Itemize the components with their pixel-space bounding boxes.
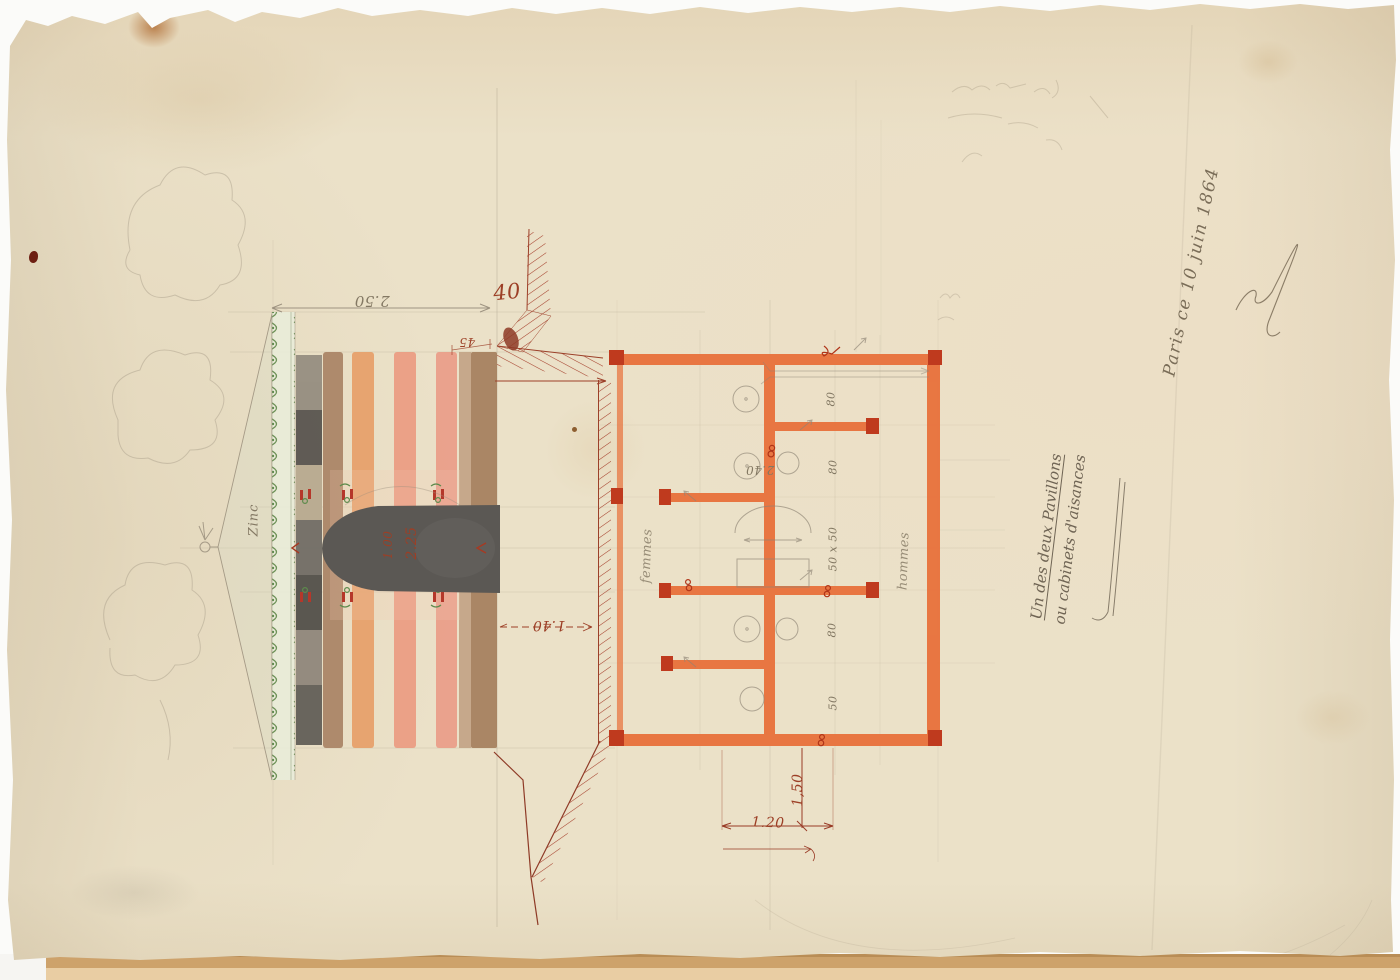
elevation-roof — [199, 314, 272, 780]
dim-plan-width: 1.20 — [751, 814, 785, 831]
dim-wall-offset: 1.40 — [532, 617, 565, 633]
plan-wall-bottom — [617, 734, 939, 746]
dim-facade-width: 2.50 — [354, 292, 389, 310]
facade-checker-chain — [296, 355, 322, 745]
plan-partition-4 — [668, 660, 766, 669]
plan-partition-2 — [666, 493, 765, 502]
roof-material-label: Zinc — [247, 504, 262, 537]
plan-junction-marks — [686, 346, 840, 746]
plan-red-dims — [722, 748, 833, 861]
plan-wall-center — [764, 358, 775, 738]
ground-hatch — [598, 380, 611, 744]
toilet-circle — [740, 687, 764, 711]
plan-wall-left — [617, 356, 623, 742]
dim-stall-80-1: 80 — [825, 392, 838, 407]
dim-stall-80-3: 80 — [826, 623, 839, 638]
plan-wall-right — [927, 354, 940, 746]
dim-cornice: 45 — [459, 335, 475, 349]
dim-door-height: 2.25 — [404, 526, 420, 559]
dim-roof-overhang: 40 — [492, 279, 522, 306]
dim-plan-depth: 1,50 — [790, 773, 806, 806]
mount-board-band — [0, 954, 1400, 980]
toilet-circle — [777, 452, 799, 474]
toilet-circle — [734, 616, 760, 642]
faint-scribbles — [938, 80, 1108, 320]
roof-cresting-band — [272, 312, 295, 780]
cloud-sketch — [104, 167, 246, 760]
plan-wall-top — [617, 354, 939, 365]
plan-walls — [617, 354, 940, 746]
toilet-circle — [733, 386, 759, 412]
dim-door-width: 1.00 — [381, 531, 395, 560]
drawing-sheet: Zinc 2.50 40 45 1.00 2.25 1.40 2.40 80 8… — [0, 0, 1400, 980]
signature-paraph — [1236, 244, 1298, 335]
plan-partition-1 — [775, 422, 871, 431]
note-flourish — [1092, 478, 1125, 620]
dim-stall-50: 50 — [827, 696, 840, 711]
dim-stall-80-2: 80 — [827, 460, 840, 475]
drawing-artwork — [0, 0, 1400, 980]
dim-room-width: 2.40 — [746, 463, 775, 477]
dim-opening-50x50: 50 x 50 — [827, 527, 840, 572]
roof-finial-sketch — [199, 522, 218, 552]
scan-backing: Zinc 2.50 40 45 1.00 2.25 1.40 2.40 80 8… — [0, 0, 1400, 980]
pit-section — [494, 741, 611, 925]
room-label-hommes: hommes — [895, 532, 912, 591]
room-label-femmes: femmes — [639, 528, 656, 583]
dim-bracket — [761, 362, 929, 384]
toilet-circle — [776, 618, 798, 640]
plan-pencil-fixtures — [684, 338, 929, 711]
